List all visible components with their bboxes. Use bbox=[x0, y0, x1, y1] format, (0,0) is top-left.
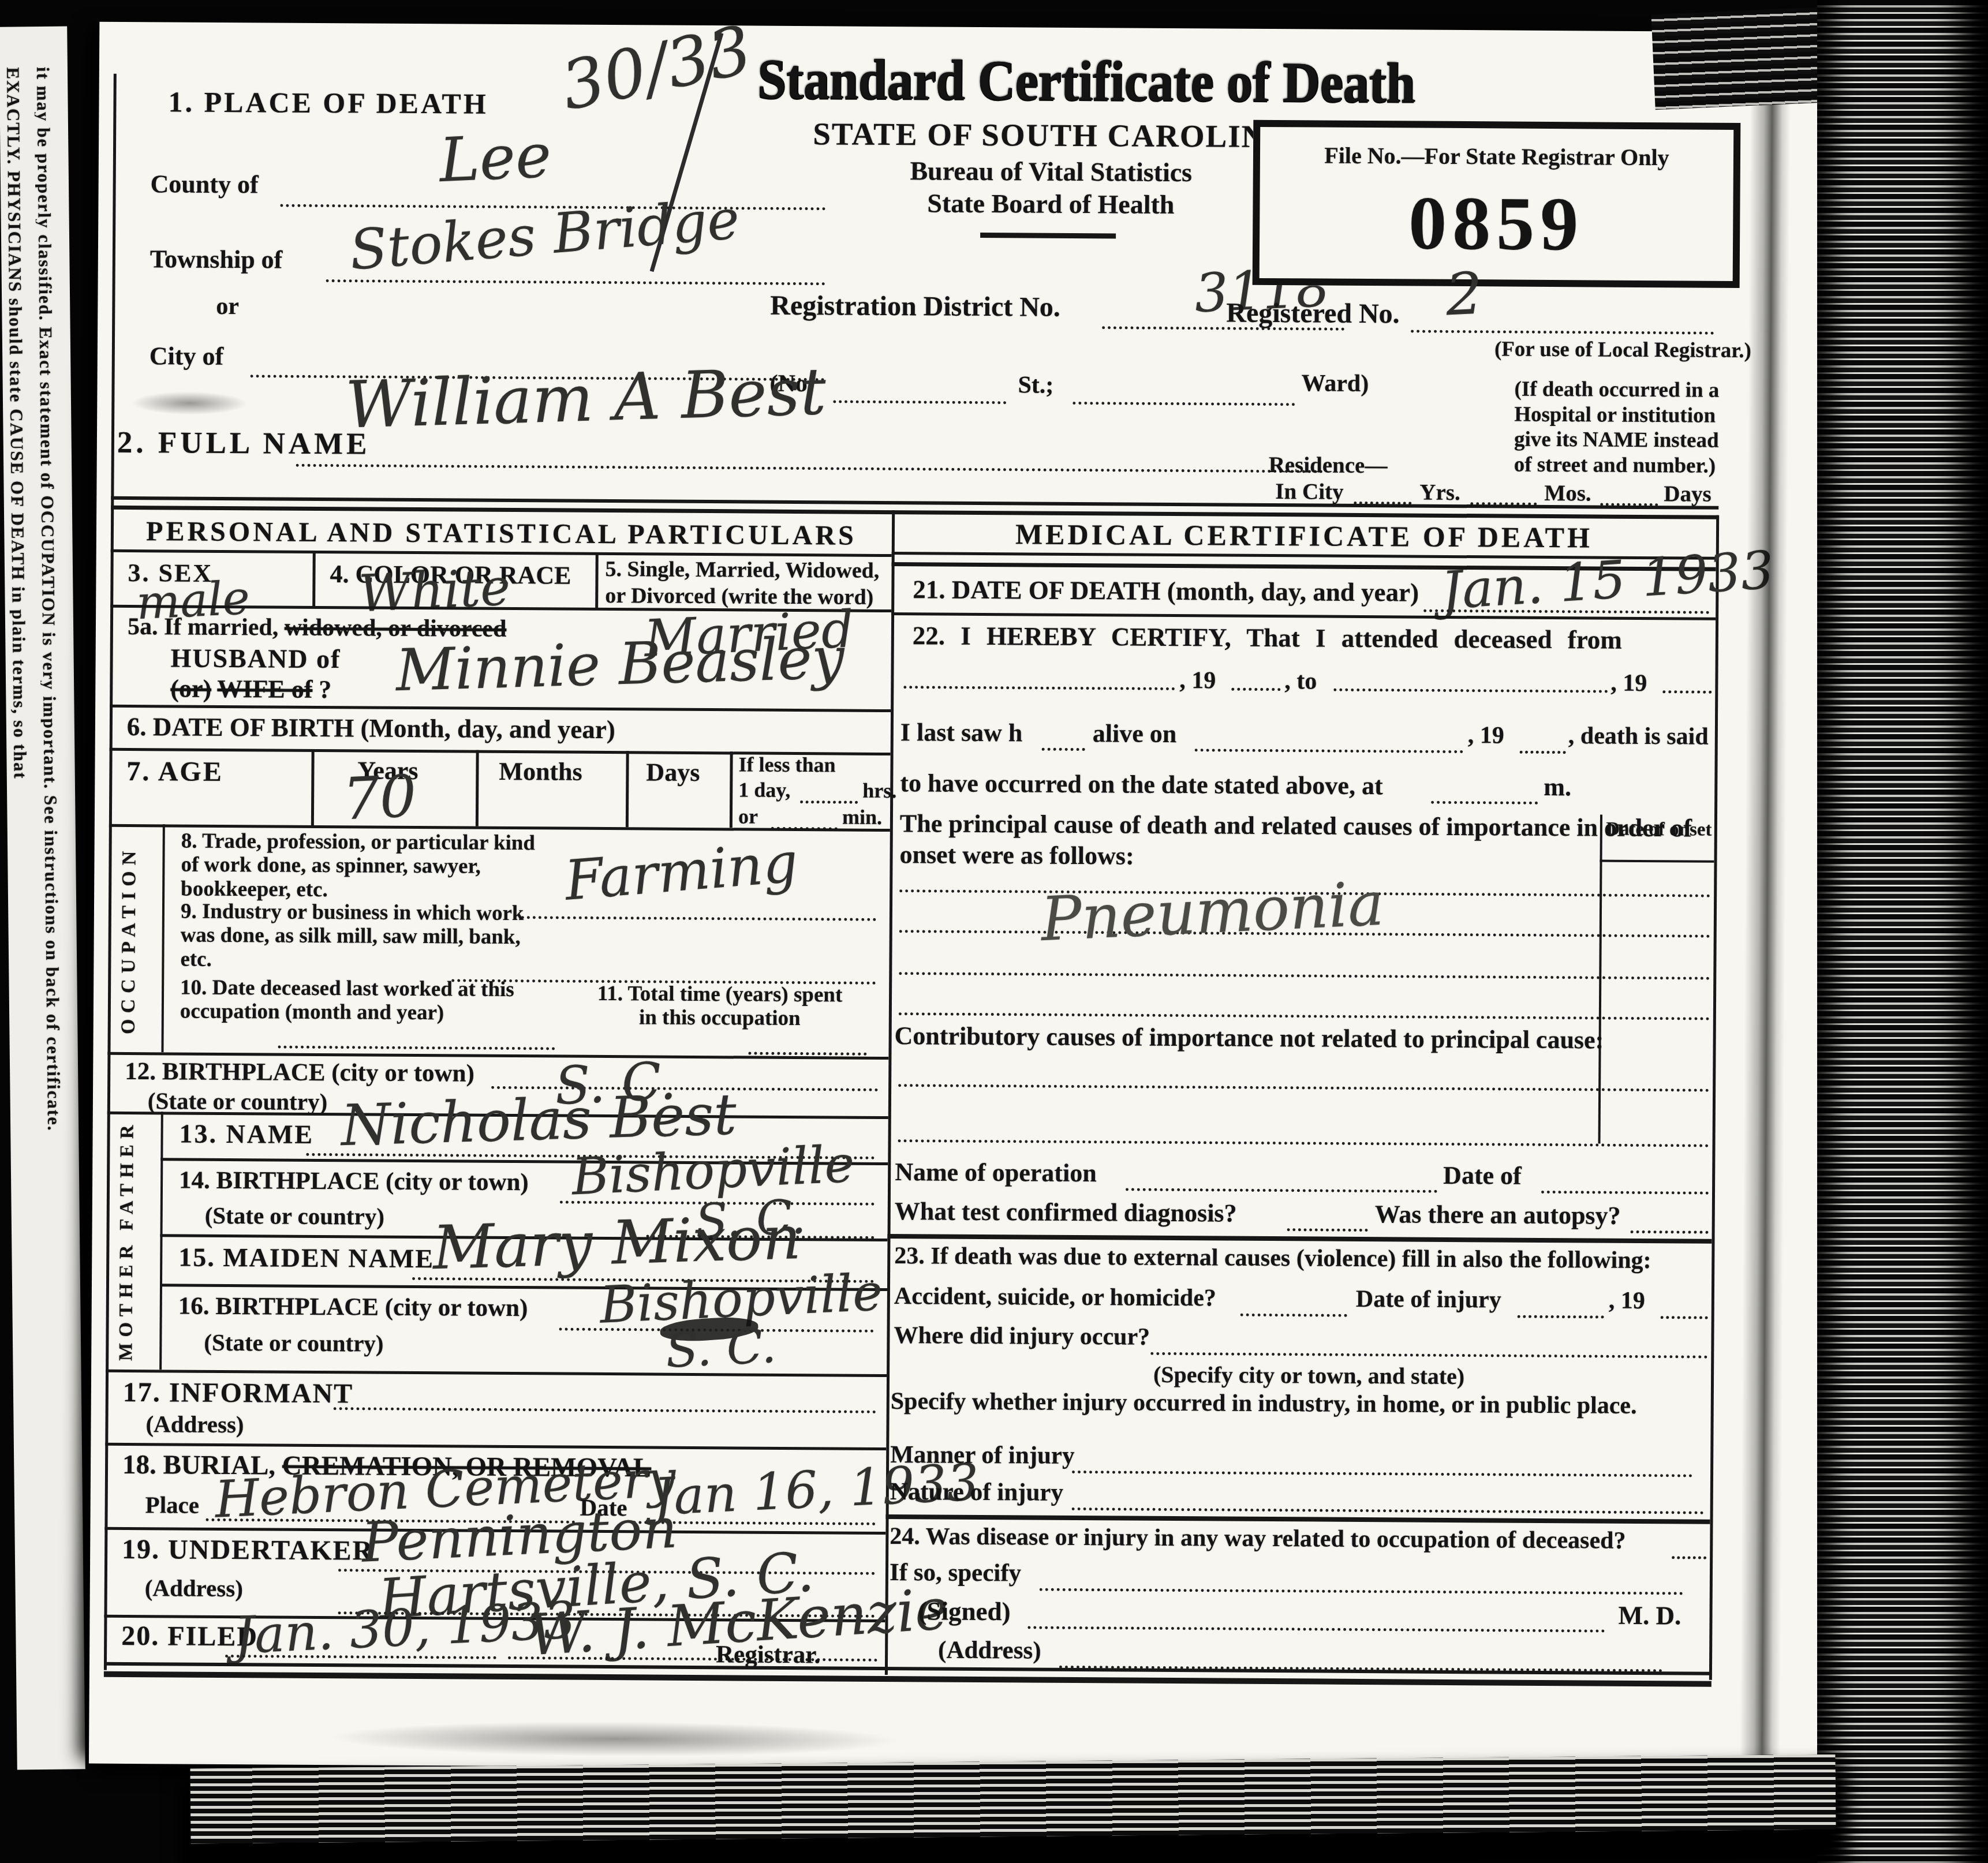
item24-label: 24. Was disease or injury in any way rel… bbox=[890, 1524, 1625, 1554]
center-rule bbox=[980, 233, 1116, 238]
item17-label: 17. INFORMANT bbox=[123, 1378, 354, 1409]
mother-side-label: MOTHER bbox=[115, 1234, 137, 1367]
md-address-label: (Address) bbox=[938, 1637, 1041, 1664]
injury-19-label: , 19 bbox=[1609, 1288, 1645, 1314]
item12-sub-label: (State or country) bbox=[148, 1088, 327, 1114]
dob-label: 6. DATE OF BIRTH (Month, day, and year) bbox=[127, 713, 615, 743]
street-label: St.; bbox=[1018, 372, 1053, 398]
husband-of-label: HUSBAND of bbox=[170, 644, 341, 673]
in-city-label: In City bbox=[1275, 480, 1343, 504]
item10-blank bbox=[278, 1023, 555, 1050]
min-label: min. bbox=[842, 807, 882, 829]
days-label: Days bbox=[1664, 482, 1712, 506]
specify-whether-label: Specify whether injury occurred in indus… bbox=[891, 1389, 1637, 1419]
yrs-label: Yrs. bbox=[1419, 481, 1460, 505]
registered-no-blank bbox=[1411, 302, 1714, 335]
min-blank bbox=[771, 804, 838, 831]
age-div-1 bbox=[311, 749, 315, 825]
item19-sub-label: (Address) bbox=[145, 1576, 243, 1601]
principal-cause-label-1: The principal cause of death and related… bbox=[900, 810, 1692, 842]
in-city-blank bbox=[1354, 478, 1411, 505]
date-injury-blank bbox=[1518, 1291, 1604, 1319]
nature-blank bbox=[1072, 1483, 1704, 1514]
street-blank bbox=[1073, 374, 1295, 406]
if-so-blank bbox=[1040, 1564, 1683, 1595]
operation-date-blank bbox=[1541, 1166, 1709, 1195]
item5a-pre: 5a. If married, bbox=[128, 613, 279, 641]
last-saw-label: I last saw h bbox=[900, 719, 1023, 746]
book-binding-right-edge bbox=[1817, 0, 1988, 1863]
file-number-value: 0859 bbox=[1260, 182, 1733, 265]
death-said-label: , death is said bbox=[1568, 723, 1709, 750]
or-label: or bbox=[216, 294, 239, 319]
date-onset-box-rule bbox=[1600, 860, 1714, 863]
mos-label: Mos. bbox=[1544, 482, 1591, 506]
manner-label: Manner of injury bbox=[890, 1442, 1075, 1469]
saw-19-label: , 19 bbox=[1468, 723, 1504, 748]
occurred-label: to have occurred on the date stated abov… bbox=[900, 770, 1383, 799]
street-no-blank bbox=[833, 372, 1006, 404]
wife-of-label: (or) WIFE of ? bbox=[170, 675, 331, 703]
item21-rule bbox=[891, 612, 1716, 620]
place-of-death-label: 1. PLACE OF DEATH bbox=[168, 87, 488, 119]
file-box-label: File No.—For State Registrar Only bbox=[1260, 143, 1733, 170]
where-injury-label: Where did injury occur? bbox=[894, 1323, 1150, 1350]
occurred-time-blank bbox=[1431, 778, 1538, 805]
scanned-death-certificate: EXACTLY. PHYSICIANS should state CAUSE O… bbox=[0, 0, 1988, 1863]
age-months-label: Months bbox=[499, 758, 582, 785]
operation-blank bbox=[1126, 1164, 1437, 1193]
scan-smudge-bottom bbox=[331, 1720, 897, 1758]
if-so-label: If so, specify bbox=[890, 1559, 1021, 1587]
race-marital-divider bbox=[595, 552, 599, 608]
scan-smudge-left bbox=[132, 391, 247, 415]
alive-on-blank bbox=[1195, 725, 1463, 753]
certificate-page: 1. PLACE OF DEATH 30/33 County of Lee To… bbox=[89, 22, 1859, 1775]
him-her-blank bbox=[1042, 725, 1085, 751]
signed-label: (Signed) bbox=[918, 1598, 1010, 1625]
sex-race-divider bbox=[312, 551, 316, 606]
cause-line-4 bbox=[899, 989, 1710, 1020]
item13-label: 13. NAME bbox=[179, 1120, 314, 1149]
date-injury-label: Date of injury bbox=[1356, 1286, 1501, 1313]
township-label: Township of bbox=[150, 246, 283, 274]
item23-label: 23. If death was due to external causes … bbox=[894, 1243, 1651, 1273]
contributory-line-1 bbox=[898, 1061, 1709, 1092]
injury-rule bbox=[886, 1514, 1710, 1524]
age-label: 7. AGE bbox=[126, 757, 223, 787]
residence-label: Residence— bbox=[1269, 454, 1388, 478]
injury-19-blank bbox=[1661, 1292, 1708, 1319]
to-label: , to bbox=[1284, 668, 1317, 694]
hrs-label: hrs. bbox=[862, 780, 896, 802]
age-days-label: Days bbox=[646, 759, 700, 786]
item16-sub-label: (State or country) bbox=[204, 1330, 383, 1356]
margin-note-line1: EXACTLY. PHYSICIANS should state CAUSE O… bbox=[4, 67, 39, 1741]
where-injury-blank bbox=[1150, 1328, 1707, 1359]
father-side-label: FATHER bbox=[117, 1117, 139, 1233]
county-label: County of bbox=[151, 171, 259, 198]
from-19-blank bbox=[1231, 663, 1280, 691]
registrar-label: Registrar. bbox=[716, 1641, 820, 1668]
race-value-handwritten: White bbox=[357, 562, 511, 619]
item21-label: 21. DATE OF DEATH (month, day, and year) bbox=[913, 576, 1419, 607]
autopsy-blank bbox=[1631, 1206, 1709, 1234]
item14-sub-label: (State or country) bbox=[205, 1203, 384, 1229]
item8-blank bbox=[521, 893, 876, 921]
principal-cause-label-2: onset were as follows: bbox=[899, 841, 1134, 870]
item15-label: 15. MAIDEN NAME bbox=[178, 1244, 434, 1273]
from-19-label: , 19 bbox=[1179, 668, 1216, 693]
hospital-note: (If death occurred in a Hospital or inst… bbox=[1514, 377, 1722, 479]
cause-of-death-handwritten: Pneumonia bbox=[1040, 874, 1385, 950]
item22-label: 22. I HEREBY CERTIFY, That I attended de… bbox=[913, 622, 1622, 654]
attended-from-blank bbox=[903, 660, 1175, 690]
registrar-signature-blank bbox=[508, 1633, 877, 1662]
item21-blank bbox=[1423, 585, 1709, 614]
alive-on-label: alive on bbox=[1093, 720, 1177, 747]
margin-note-line2: it may be properly classified. Exact sta… bbox=[34, 67, 69, 1741]
age-div-2 bbox=[476, 750, 479, 826]
age-years-handwritten: 70 bbox=[342, 768, 418, 829]
row5a-rule bbox=[110, 705, 891, 712]
wife-struck: WIFE of bbox=[217, 675, 312, 704]
row17-rule bbox=[105, 1443, 886, 1450]
date-of-onset-label: Date of onset bbox=[1604, 820, 1714, 840]
item16-label: 16. BIRTHPLACE (city or town) bbox=[178, 1293, 528, 1322]
accident-blank bbox=[1240, 1289, 1347, 1317]
file-number-box: File No.—For State Registrar Only 0859 bbox=[1253, 120, 1741, 288]
mos-blank bbox=[1600, 480, 1658, 507]
autopsy-label: Was there an autopsy? bbox=[1375, 1201, 1621, 1229]
test-blank bbox=[1287, 1204, 1368, 1232]
contributory-line-2 bbox=[898, 1116, 1709, 1147]
form-left-border bbox=[104, 74, 117, 1670]
county-value-handwritten: Lee bbox=[438, 125, 553, 191]
contributory-label: Contributory causes of importance not re… bbox=[895, 1023, 1604, 1054]
statistical-section-title: PERSONAL AND STATISTICAL PARTICULARS bbox=[111, 517, 892, 551]
item19-label: 19. UNDERTAKER bbox=[122, 1535, 373, 1566]
item24-blank bbox=[1672, 1532, 1706, 1559]
filed-date-blank bbox=[225, 1632, 496, 1659]
manner-blank bbox=[1072, 1446, 1692, 1477]
date-of-label: Date of bbox=[1443, 1162, 1522, 1189]
specify-city-label: (Specify city or town, and state) bbox=[1153, 1363, 1464, 1389]
marital-label-1: 5. Single, Married, Widowed, bbox=[605, 558, 879, 583]
certificate-title: Standard Certificate of Death bbox=[757, 50, 1346, 114]
city-label: City of bbox=[150, 343, 224, 370]
item12-label: 12. BIRTHPLACE (city or town) bbox=[125, 1058, 474, 1087]
page-fold-shadow bbox=[1740, 32, 1791, 1774]
m-label: m. bbox=[1544, 774, 1571, 800]
wife-question: ? bbox=[319, 675, 331, 704]
to-19-blank bbox=[1662, 665, 1712, 694]
informant-blank bbox=[334, 1381, 876, 1413]
ward-label: Ward) bbox=[1301, 371, 1369, 396]
full-name-handwritten: William A Best bbox=[345, 360, 827, 438]
item14-label: 14. BIRTHPLACE (city or town) bbox=[179, 1168, 529, 1196]
attended-to-blank bbox=[1333, 663, 1608, 693]
md-label: M. D. bbox=[1618, 1602, 1681, 1630]
or-struck: (or) bbox=[170, 674, 211, 702]
accident-label: Accident, suicide, or homicide? bbox=[894, 1284, 1216, 1311]
or-min-label: or bbox=[738, 806, 758, 828]
registration-district-label: Registration District No. bbox=[770, 291, 1060, 322]
item10-label: 10. Date deceased last worked at this oc… bbox=[180, 976, 550, 1026]
burial-place-label: Place bbox=[145, 1492, 200, 1518]
medical-section-title: MEDICAL CERTIFICATE OF DEATH bbox=[892, 518, 1716, 553]
age-div-3 bbox=[626, 751, 629, 827]
left-margin-strip: EXACTLY. PHYSICIANS should state CAUSE O… bbox=[0, 26, 85, 1770]
signed-blank bbox=[1027, 1602, 1605, 1633]
parent-side-divider bbox=[159, 1112, 163, 1370]
item11-blank bbox=[748, 1029, 866, 1056]
hrs-blank bbox=[800, 776, 858, 804]
less-than-label-1: If less than bbox=[738, 754, 835, 776]
to-19-label: , 19 bbox=[1610, 671, 1647, 696]
occupation-side-label: OCCUPATION bbox=[117, 830, 140, 1049]
less-than-label-2: 1 day, bbox=[738, 779, 790, 801]
cause-line-3 bbox=[899, 949, 1710, 980]
item8-label: 8. Trade, profession, or particular kind… bbox=[181, 829, 545, 903]
mother-birth-state-handwritten: S. C. bbox=[665, 1323, 778, 1375]
occupation-side-divider bbox=[161, 824, 165, 1052]
age-div-4 bbox=[730, 751, 733, 828]
nature-label: Nature of injury bbox=[890, 1479, 1063, 1506]
file-mark-handwritten: 30/33 bbox=[556, 17, 757, 121]
operation-label: Name of operation bbox=[895, 1159, 1097, 1187]
book-binding-bottom-edge bbox=[190, 1754, 1836, 1844]
test-label: What test confirmed diagnosis? bbox=[895, 1198, 1237, 1227]
item22-rule bbox=[888, 1234, 1712, 1244]
local-registrar-note: (For use of Local Registrar.) bbox=[1494, 338, 1751, 362]
yrs-blank bbox=[1470, 479, 1537, 506]
item11-label: 11. Total time (years) spent in this occ… bbox=[596, 982, 844, 1031]
registered-no-label: Registered No. bbox=[1226, 299, 1400, 329]
item17-sub-label: (Address) bbox=[145, 1412, 244, 1437]
marital-value-handwritten: Married bbox=[643, 604, 855, 664]
saw-19-blank bbox=[1520, 728, 1566, 754]
md-address-blank bbox=[1059, 1641, 1662, 1672]
